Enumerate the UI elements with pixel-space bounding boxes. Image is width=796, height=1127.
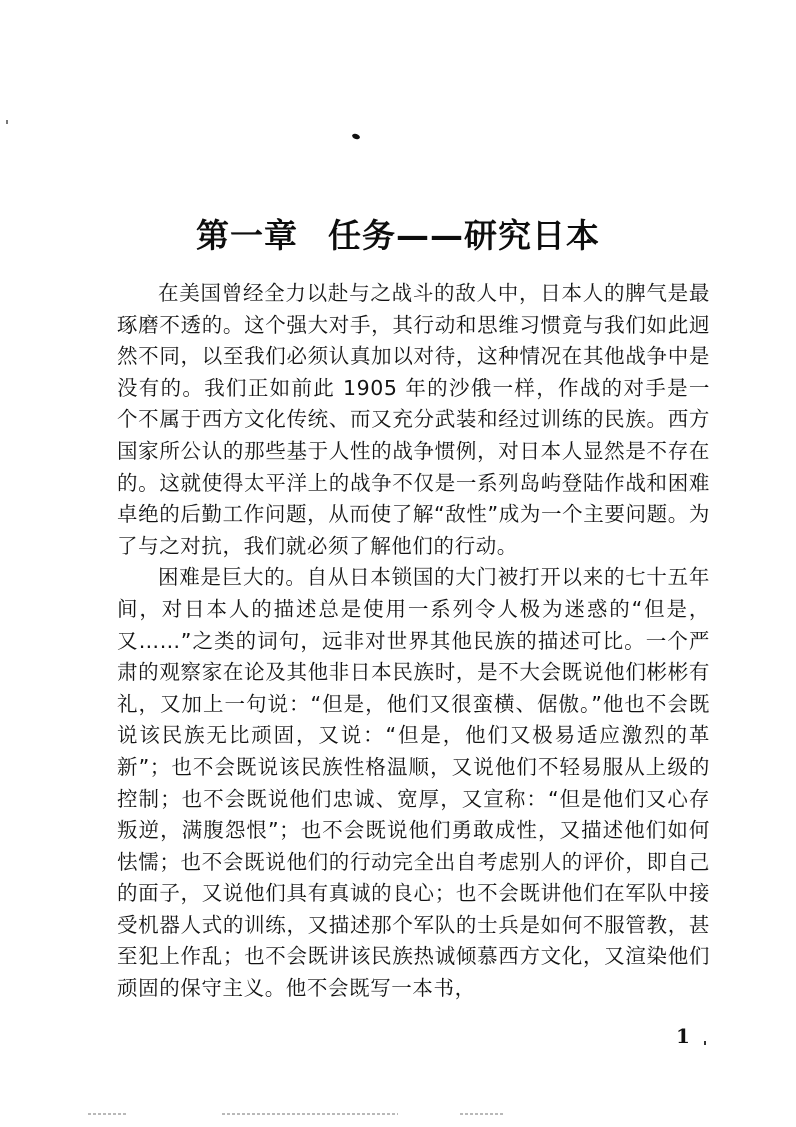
scan-noise-line <box>88 1113 126 1115</box>
chapter-heading: 第一章任务——研究日本 <box>0 210 796 257</box>
chapter-number: 第一章 <box>196 216 298 255</box>
body-text: 在美国曾经全力以赴与之战斗的敌人中，日本人的脾气是最琢磨不透的。这个强大对手，其… <box>117 278 710 1005</box>
ink-dot-mark <box>351 133 360 140</box>
page-number: 1 <box>676 1024 690 1048</box>
paragraph-1: 在美国曾经全力以赴与之战斗的敌人中，日本人的脾气是最琢磨不透的。这个强大对手，其… <box>117 278 710 562</box>
scan-speck <box>6 120 8 124</box>
scan-noise-line <box>460 1113 504 1115</box>
chapter-title: 任务——研究日本 <box>328 216 600 255</box>
paragraph-2: 困难是巨大的。自从日本锁国的大门被打开以来的七十五年间，对日本人的描述总是使用一… <box>117 562 710 1004</box>
scan-noise-line <box>222 1113 398 1115</box>
scan-speck <box>704 1041 706 1045</box>
book-page: 第一章任务——研究日本 在美国曾经全力以赴与之战斗的敌人中，日本人的脾气是最琢磨… <box>0 0 796 1127</box>
